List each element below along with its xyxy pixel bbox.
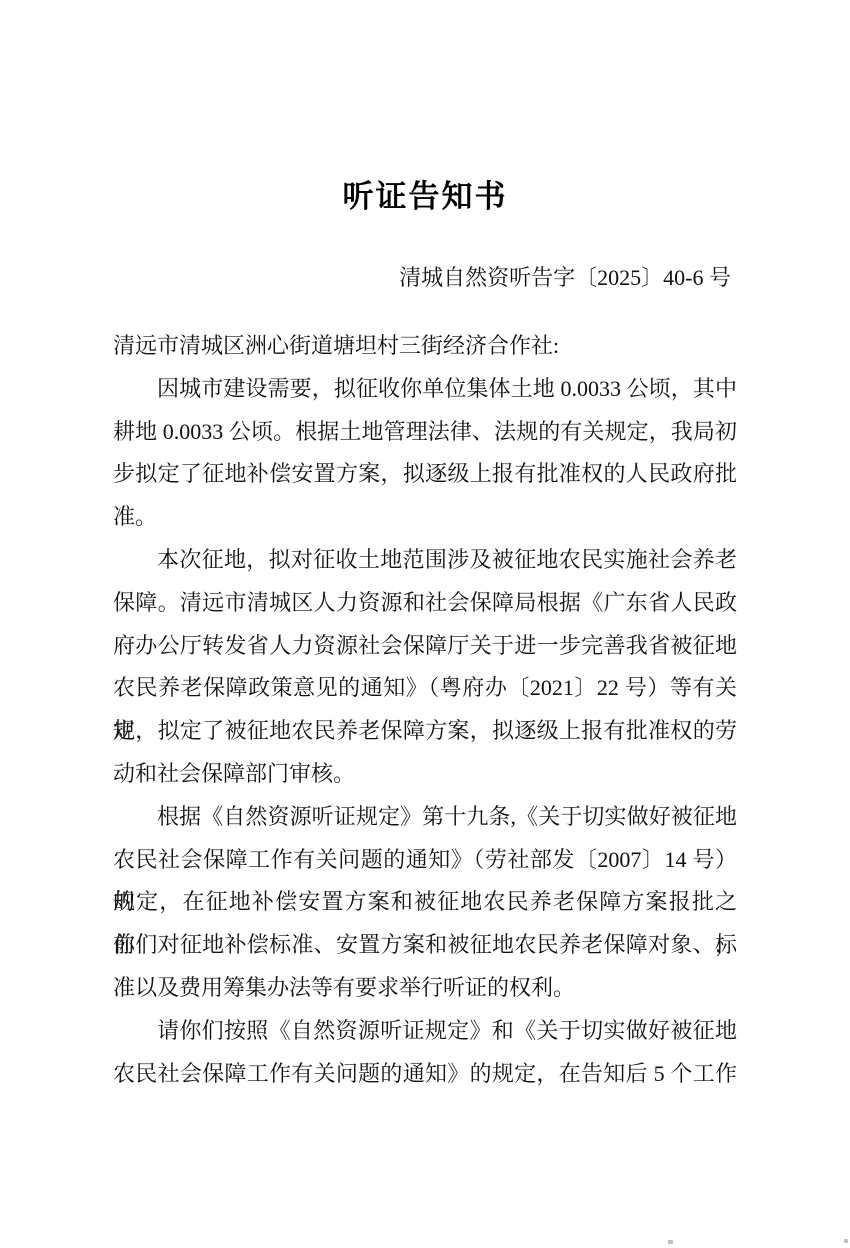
- body-line: 你们对征地补偿标准、安置方案和被征地农民养老保障对象、标: [113, 924, 737, 967]
- body-line: 规定，在征地补偿安置方案和被征地农民养老保障方案报批之前，: [113, 881, 737, 924]
- document-body: 清远市清城区洲心街道塘坦村三街经济合作社: 因城市建设需要，拟征收你单位集体土地…: [113, 325, 737, 1095]
- body-line: 根据《自然资源听证规定》第十九条,《关于切实做好被征地: [113, 796, 737, 839]
- body-line: 准以及费用筹集办法等有要求举行听证的权利。: [113, 967, 737, 1010]
- document-title: 听证告知书: [0, 178, 850, 216]
- body-line: 准。: [113, 496, 737, 539]
- body-line: 农民社会保障工作有关问题的通知》的规定，在告知后 5 个工作: [113, 1053, 737, 1096]
- body-line: 保障。清远市清城区人力资源和社会保障局根据《广东省人民政: [113, 582, 737, 625]
- body-line: 农民养老保障政策意见的通知》（粤府办〔2021〕22 号）等有关规: [113, 667, 737, 710]
- body-line: 本次征地，拟对征收土地范围涉及被征地农民实施社会养老: [113, 539, 737, 582]
- body-line: 因城市建设需要，拟征收你单位集体土地 0.0033 公顷，其中: [113, 368, 737, 411]
- body-line: 府办公厅转发省人力资源社会保障厅关于进一步完善我省被征地: [113, 625, 737, 668]
- scan-artifact: [668, 1240, 673, 1244]
- body-line: 清远市清城区洲心街道塘坦村三街经济合作社:: [113, 325, 737, 368]
- body-line: 定，拟定了被征地农民养老保障方案，拟逐级上报有批准权的劳: [113, 710, 737, 753]
- body-line: 农民社会保障工作有关问题的通知》（劳社部发〔2007〕14 号）的: [113, 839, 737, 882]
- scan-artifact: [844, 1239, 848, 1243]
- document-page: 听证告知书 清城自然资听告字〔2025〕40-6 号 清远市清城区洲心街道塘坦村…: [0, 0, 850, 1248]
- body-line: 耕地 0.0033 公顷。根据土地管理法律、法规的有关规定，我局初: [113, 411, 737, 454]
- body-line: 请你们按照《自然资源听证规定》和《关于切实做好被征地: [113, 1010, 737, 1053]
- body-line: 步拟定了征地补偿安置方案，拟逐级上报有批准权的人民政府批: [113, 453, 737, 496]
- document-number: 清城自然资听告字〔2025〕40-6 号: [113, 264, 737, 292]
- body-line: 动和社会保障部门审核。: [113, 753, 737, 796]
